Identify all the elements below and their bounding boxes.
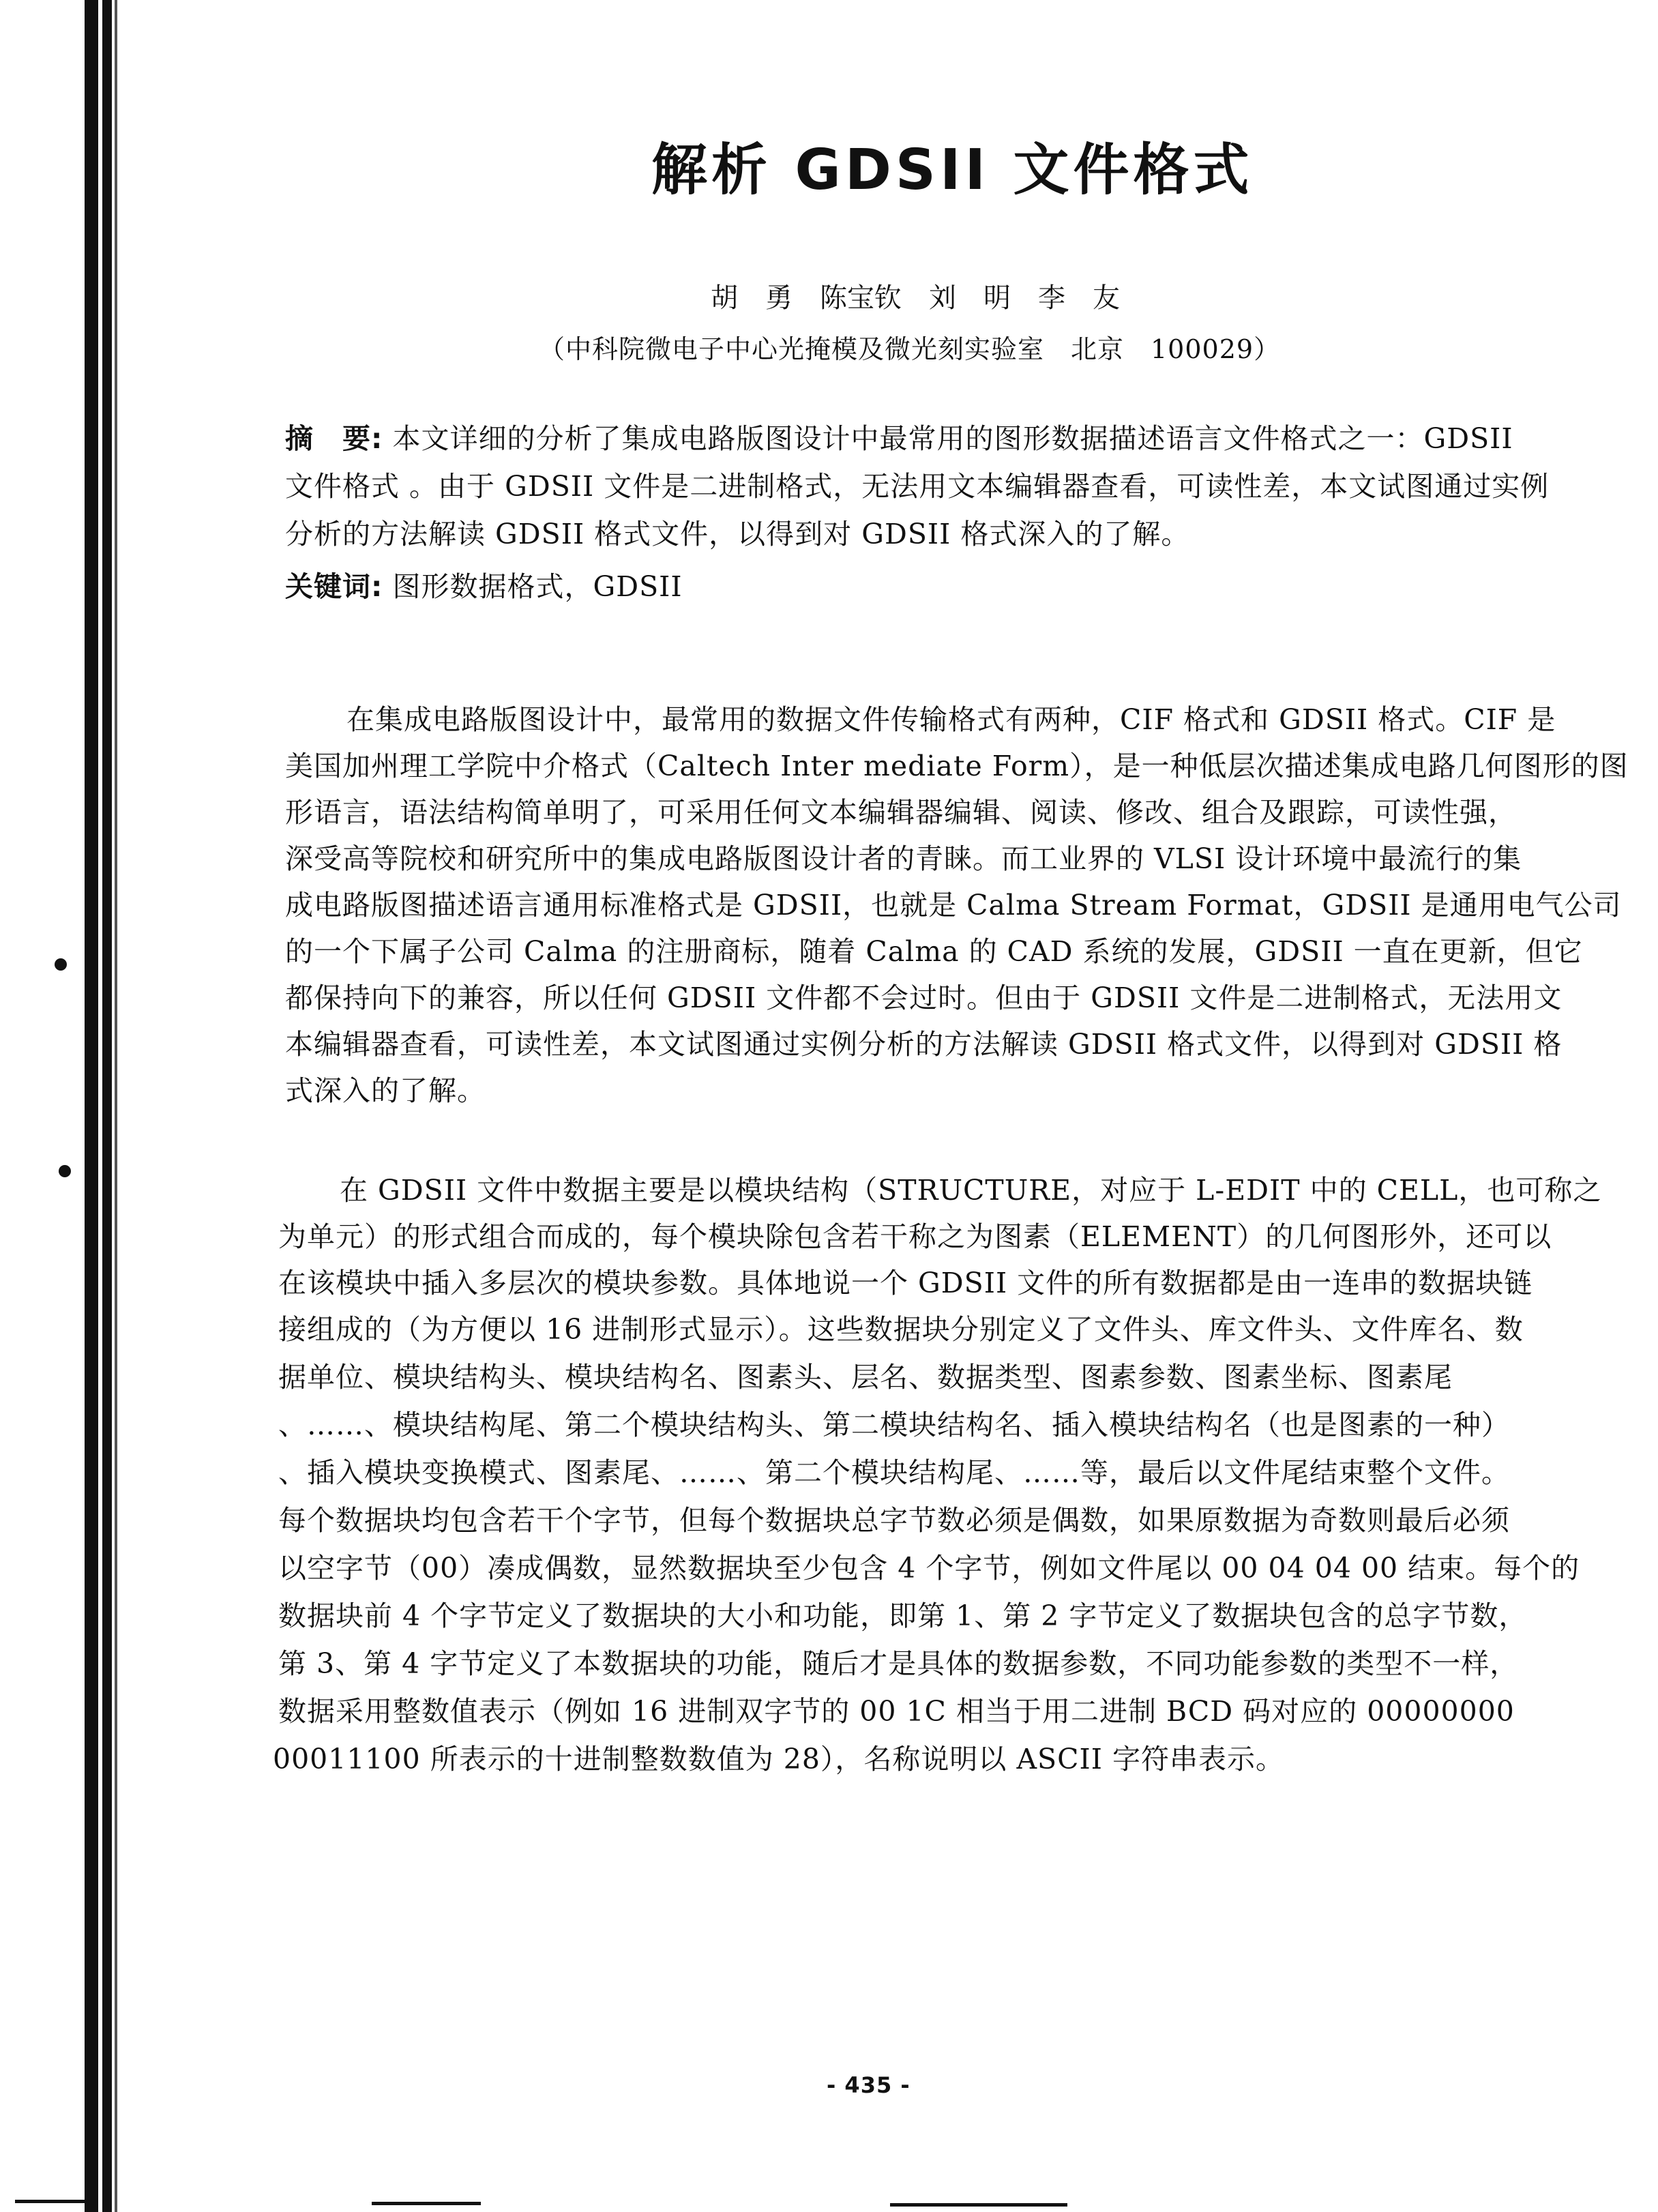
- abstract-label: 摘 要:: [285, 422, 383, 455]
- body-p2-line-4: 接组成的（为方便以 16 进制形式显示）。这些数据块分别定义了文件头、库文件头、…: [278, 1312, 1524, 1346]
- punch-hole-mark: [55, 958, 67, 971]
- binding-edge-shadow: [115, 0, 117, 2212]
- keywords-label: 关键词:: [285, 570, 383, 603]
- body-p1-line-1: 在集成电路版图设计中，最常用的数据文件传输格式有两种，CIF 格式和 GDSII…: [346, 703, 1556, 737]
- body-p1-line-7: 都保持向下的兼容，所以任何 GDSII 文件都不会过时。但由于 GDSII 文件…: [285, 981, 1562, 1015]
- body-p2-line-3: 在该模块中插入多层次的模块参数。具体地说一个 GDSII 文件的所有数据都是由一…: [278, 1266, 1533, 1300]
- abstract-line-2: 文件格式 。由于 GDSII 文件是二进制格式，无法用文本编辑器查看，可读性差，…: [285, 469, 1549, 503]
- body-p1-line-6: 的一个下属子公司 Calma 的注册商标，随着 Calma 的 CAD 系统的发…: [285, 934, 1583, 969]
- body-p2-line-13: 00011100 所表示的十进制整数数值为 28），名称说明以 ASCII 字符…: [273, 1742, 1284, 1776]
- binding-edge-inner: [102, 0, 112, 2212]
- body-p1-line-9: 式深入的了解。: [285, 1074, 486, 1108]
- body-p1-line-4: 深受高等院校和研究所中的集成电路版图设计者的青睐。而工业界的 VLSI 设计环境…: [285, 842, 1522, 876]
- abstract-line-1: 摘 要: 本文详细的分析了集成电路版图设计中最常用的图形数据描述语言文件格式之一…: [285, 422, 1513, 456]
- keywords-line: 关键词: 图形数据格式，GDSII: [285, 570, 683, 604]
- page-number: - 435 -: [827, 2068, 911, 2102]
- affiliation: （中科院微电子中心光掩模及微光刻实验室 北京 100029）: [539, 332, 1280, 366]
- scanned-page: 解析 GDSII 文件格式 胡 勇 陈宝钦 刘 明 李 友 （中科院微电子中心光…: [0, 0, 1658, 2212]
- scan-edge-line: [15, 2200, 97, 2203]
- body-p2-line-8: 每个数据块均包含若干个字节，但每个数据块总字节数必须是偶数，如果原数据为奇数则最…: [278, 1503, 1510, 1537]
- body-p2-line-9: 以空字节（00）凑成偶数，显然数据块至少包含 4 个字节，例如文件尾以 00 0…: [278, 1551, 1580, 1585]
- body-p1-line-3: 形语言，语法结构简单明了，可采用任何文本编辑器编辑、阅读、修改、组合及跟踪，可读…: [285, 795, 1517, 829]
- punch-hole-mark: [59, 1165, 71, 1177]
- abstract-text: 本文详细的分析了集成电路版图设计中最常用的图形数据描述语言文件格式之一：GDSI…: [392, 422, 1513, 455]
- body-p2-line-6: 、……、模块结构尾、第二个模块结构头、第二模块结构名、插入模块结构名（也是图素的…: [278, 1408, 1510, 1442]
- author-list: 胡 勇 陈宝钦 刘 明 李 友: [711, 281, 1120, 315]
- body-p2-line-1: 在 GDSII 文件中数据主要是以模块结构（STRUCTURE，对应于 L-ED…: [340, 1173, 1601, 1207]
- body-p2-line-2: 为单元）的形式组合而成的，每个模块除包含若干称之为图素（ELEMENT）的几何图…: [278, 1220, 1552, 1254]
- body-p2-line-12: 数据采用整数值表示（例如 16 进制双字节的 00 1C 相当于用二进制 BCD…: [278, 1694, 1515, 1728]
- body-p2-line-7: 、插入模块变换模式、图素尾、……、第二个模块结构尾、……等，最后以文件尾结束整个…: [278, 1456, 1510, 1490]
- binding-edge: [85, 0, 98, 2212]
- body-p2-line-10: 数据块前 4 个字节定义了数据块的大小和功能，即第 1、第 2 字节定义了数据块…: [278, 1599, 1527, 1633]
- scan-edge-line: [890, 2203, 1067, 2207]
- abstract-line-3: 分析的方法解读 GDSII 格式文件，以得到对 GDSII 格式深入的了解。: [285, 517, 1189, 551]
- keywords-value: 图形数据格式，GDSII: [392, 570, 682, 603]
- scan-edge-line: [372, 2202, 481, 2205]
- body-p1-line-2: 美国加州理工学院中介格式（Caltech Inter mediate Form）…: [285, 749, 1629, 783]
- body-p2-line-11: 第 3、第 4 字节定义了本数据块的功能，随后才是具体的数据参数，不同功能参数的…: [278, 1647, 1518, 1681]
- body-p1-line-8: 本编辑器查看，可读性差，本文试图通过实例分析的方法解读 GDSII 格式文件，以…: [285, 1027, 1562, 1061]
- body-p2-line-5: 据单位、模块结构头、模块结构名、图素头、层名、数据类型、图素参数、图素坐标、图素…: [278, 1360, 1453, 1394]
- paper-title: 解析 GDSII 文件格式: [651, 136, 1254, 205]
- body-p1-line-5: 成电路版图描述语言通用标准格式是 GDSII，也就是 Calma Stream …: [285, 888, 1622, 922]
